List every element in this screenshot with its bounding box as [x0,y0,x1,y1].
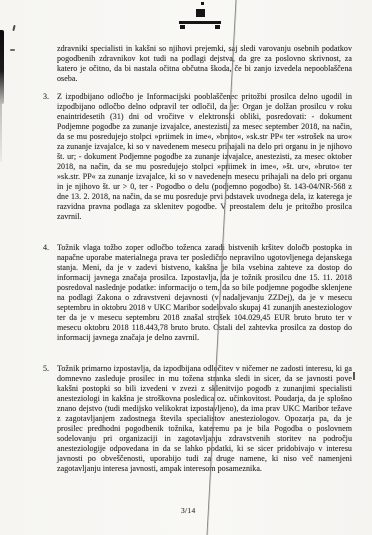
scan-artifact-speck [12,25,15,31]
stamp-fragment-icon [196,9,205,17]
stamp-fragment-icon [215,25,220,29]
scan-artifact-left-edge [0,30,4,104]
paragraph-number: 4. [43,243,57,343]
paragraph-number [43,44,57,84]
paragraph-text: zdravniki specialisti in kakšni so njiho… [57,44,352,84]
page-number: 3/14 [181,506,196,515]
paragraph-text: Tožnik primarno izpostavlja, da izpodbij… [57,364,352,474]
paragraph-number: 3. [43,92,57,222]
stamp-fragment-icon [180,25,185,29]
paragraph-continuation: zdravniki specialisti in kakšni so njiho… [43,44,353,84]
stamp-fragment-icon [179,21,221,24]
paragraph-number: 5. [43,364,57,474]
scan-artifact-speck [353,372,355,380]
paragraph-item-4: 4. Tožnik vlaga tožbo zoper odločbo tože… [43,243,353,343]
paragraph-item-3: 3. Z izpodbijano odločbo je Informacijsk… [43,92,353,222]
stamp-fragment-icon [201,2,204,5]
scan-artifact-left-edge-tail [0,104,2,162]
paragraph-text: Z izpodbijano odločbo je Informacijski p… [57,92,352,222]
paragraph-text: Tožnik vlaga tožbo zoper odločbo toženca… [57,243,352,343]
scanned-document-page: zdravniki specialisti in kakšni so njiho… [0,0,372,535]
scan-artifact-speck [10,49,15,51]
paragraph-item-5: 5. Tožnik primarno izpostavlja, da izpod… [43,364,353,474]
